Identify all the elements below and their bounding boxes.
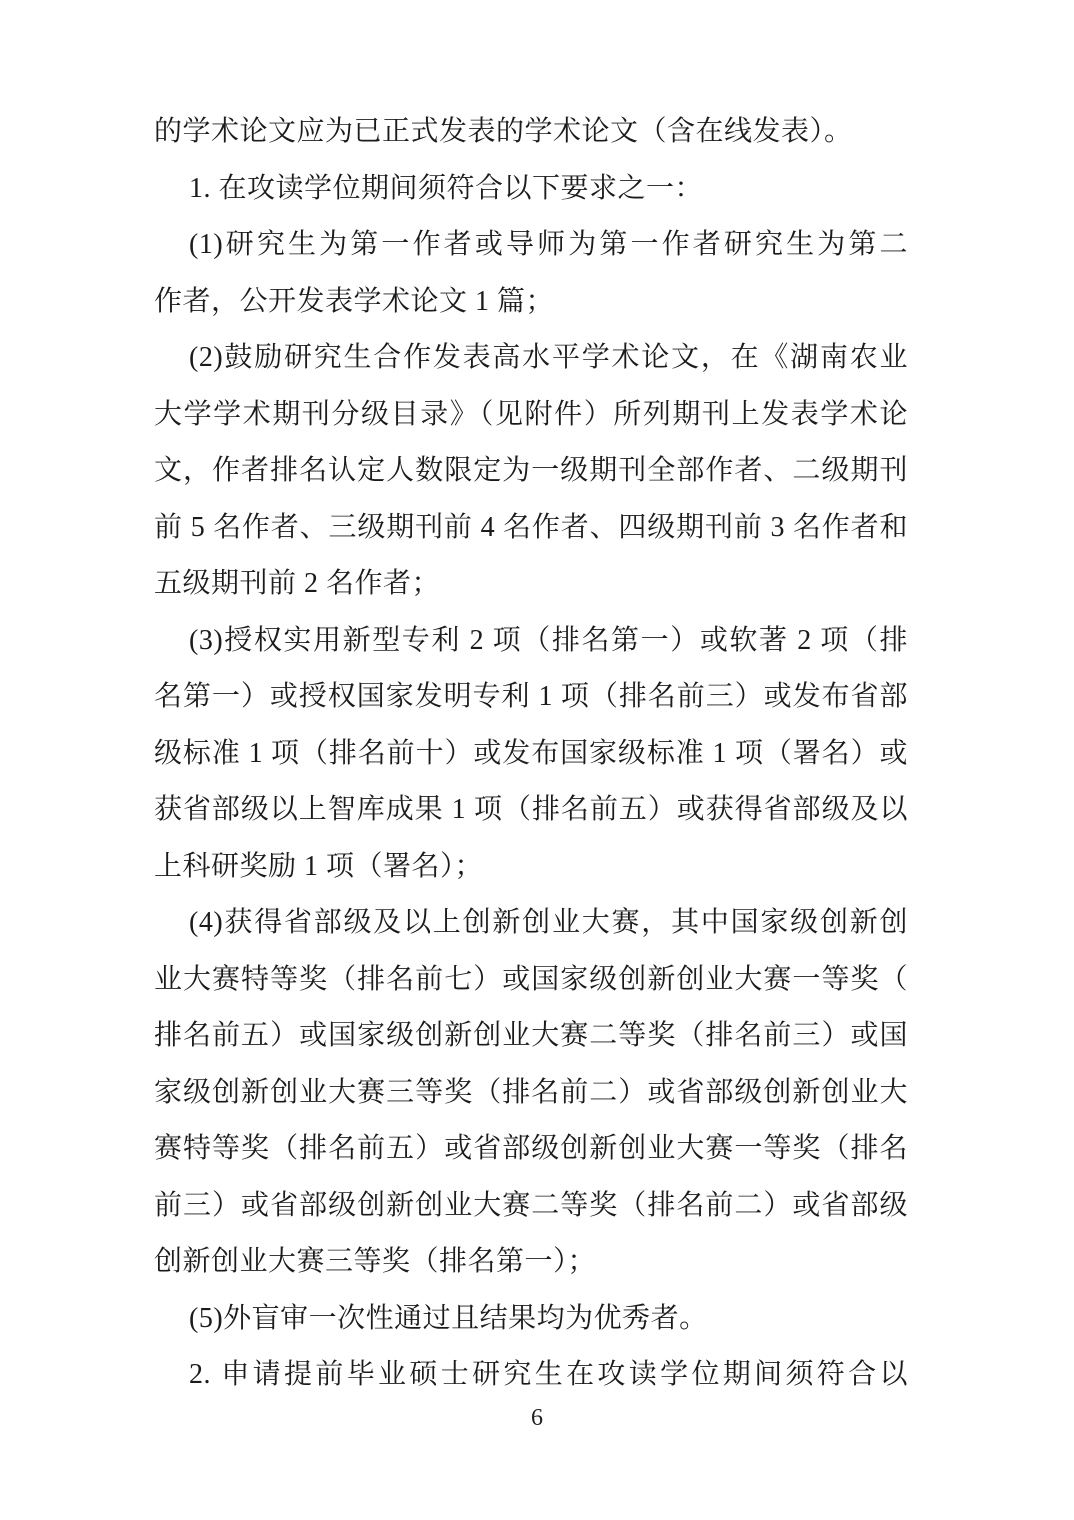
- text-line: 获省部级以上智库成果 1 项（排名前五）或获得省部级及以: [154, 782, 908, 839]
- text-line: 五级期刊前 2 名作者；: [154, 556, 908, 613]
- page-number: 6: [0, 1402, 1074, 1434]
- text-line: 创新创业大赛三等奖（排名第一）；: [154, 1234, 908, 1291]
- text-line: 2. 申请提前毕业硕士研究生在攻读学位期间须符合以: [154, 1347, 908, 1404]
- text-line: (1)研究生为第一作者或导师为第一作者研究生为第二: [154, 217, 908, 274]
- text-line: 的学术论文应为已正式发表的学术论文（含在线发表）。: [154, 104, 908, 161]
- text-line: 赛特等奖（排名前五）或省部级创新创业大赛一等奖（排名: [154, 1121, 908, 1178]
- text-line: 1. 在攻读学位期间须符合以下要求之一：: [154, 161, 908, 218]
- text-line: 上科研奖励 1 项（署名）；: [154, 839, 908, 896]
- text-line: 级标准 1 项（排名前十）或发布国家级标准 1 项（署名）或: [154, 726, 908, 783]
- document-page: 的学术论文应为已正式发表的学术论文（含在线发表）。 1. 在攻读学位期间须符合以…: [0, 0, 1074, 1520]
- text-line: 大学学术期刊分级目录》（见附件）所列期刊上发表学术论: [154, 387, 908, 444]
- text-line: 文，作者排名认定人数限定为一级期刊全部作者、二级期刊: [154, 443, 908, 500]
- text-line: 排名前五）或国家级创新创业大赛二等奖（排名前三）或国: [154, 1008, 908, 1065]
- text-line: (5)外盲审一次性通过且结果均为优秀者。: [154, 1291, 908, 1348]
- text-line: 家级创新创业大赛三等奖（排名前二）或省部级创新创业大: [154, 1065, 908, 1122]
- text-line: 业大赛特等奖（排名前七）或国家级创新创业大赛一等奖（: [154, 952, 908, 1009]
- text-line: (4)获得省部级及以上创新创业大赛，其中国家级创新创: [154, 895, 908, 952]
- document-body: 的学术论文应为已正式发表的学术论文（含在线发表）。 1. 在攻读学位期间须符合以…: [154, 104, 908, 1404]
- text-line: 前三）或省部级创新创业大赛二等奖（排名前二）或省部级: [154, 1178, 908, 1235]
- text-line: 作者，公开发表学术论文 1 篇；: [154, 274, 908, 331]
- text-line: (2)鼓励研究生合作发表高水平学术论文，在《湖南农业: [154, 330, 908, 387]
- text-line: 前 5 名作者、三级期刊前 4 名作者、四级期刊前 3 名作者和: [154, 500, 908, 557]
- text-line: (3)授权实用新型专利 2 项（排名第一）或软著 2 项（排: [154, 613, 908, 670]
- text-line: 名第一）或授权国家发明专利 1 项（排名前三）或发布省部: [154, 669, 908, 726]
